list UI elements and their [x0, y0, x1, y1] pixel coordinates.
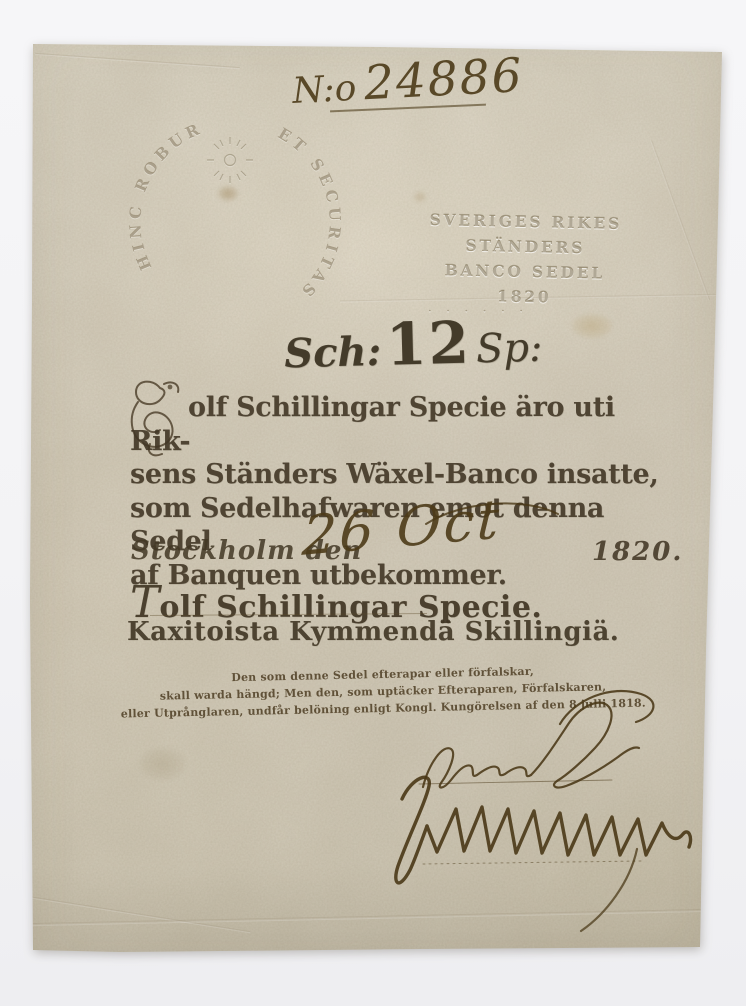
body-line-2: sens Ständers Wäxel-Banco insatte, [130, 458, 678, 492]
amount-finnish: Kaxitoista Kymmendä Skillingiä. [127, 617, 619, 647]
banknote-paper: N:o 24886 HINC ROBUR ET SECURITAS [0, 0, 746, 1006]
banknote-paper-shadow: N:o 24886 HINC ROBUR ET SECURITAS [0, 0, 746, 1006]
embossed-line-2: STÄNDERS [400, 234, 650, 258]
body-line-1: olf Schillingar Specie äro uti Rik- [130, 391, 678, 458]
seal-motto-right: ET SECURITAS [275, 124, 345, 304]
denomination-value: 12 [385, 309, 471, 379]
embossed-seal: HINC ROBUR ET SECURITAS [115, 115, 360, 340]
photo-background: N:o 24886 HINC ROBUR ET SECURITAS [0, 0, 746, 1006]
svg-text:HINC ROBUR: HINC ROBUR [125, 118, 206, 273]
denomination-currency: Sch: [284, 328, 382, 378]
dateline-year: 1820. [592, 537, 683, 567]
svg-text:ET SECURITAS: ET SECURITAS [275, 124, 345, 304]
denomination-unit: Sp: [475, 325, 543, 373]
embossed-header: SVERIGES RIKES STÄNDERS BANCO SEDEL 1820 [399, 209, 651, 314]
seal-sun-icon [207, 137, 253, 183]
serial-digits: 24886 [363, 48, 525, 111]
serial-label: N:o [291, 68, 357, 112]
embossed-line-1: SVERIGES RIKES [401, 209, 651, 233]
body-line-1-text: olf Schillingar Specie äro uti Rik- [130, 392, 615, 457]
embossed-line-3: BANCO SEDEL [400, 259, 650, 283]
seal-motto-left: HINC ROBUR [125, 118, 206, 273]
denomination: Sch: 12 Sp: [283, 307, 543, 382]
